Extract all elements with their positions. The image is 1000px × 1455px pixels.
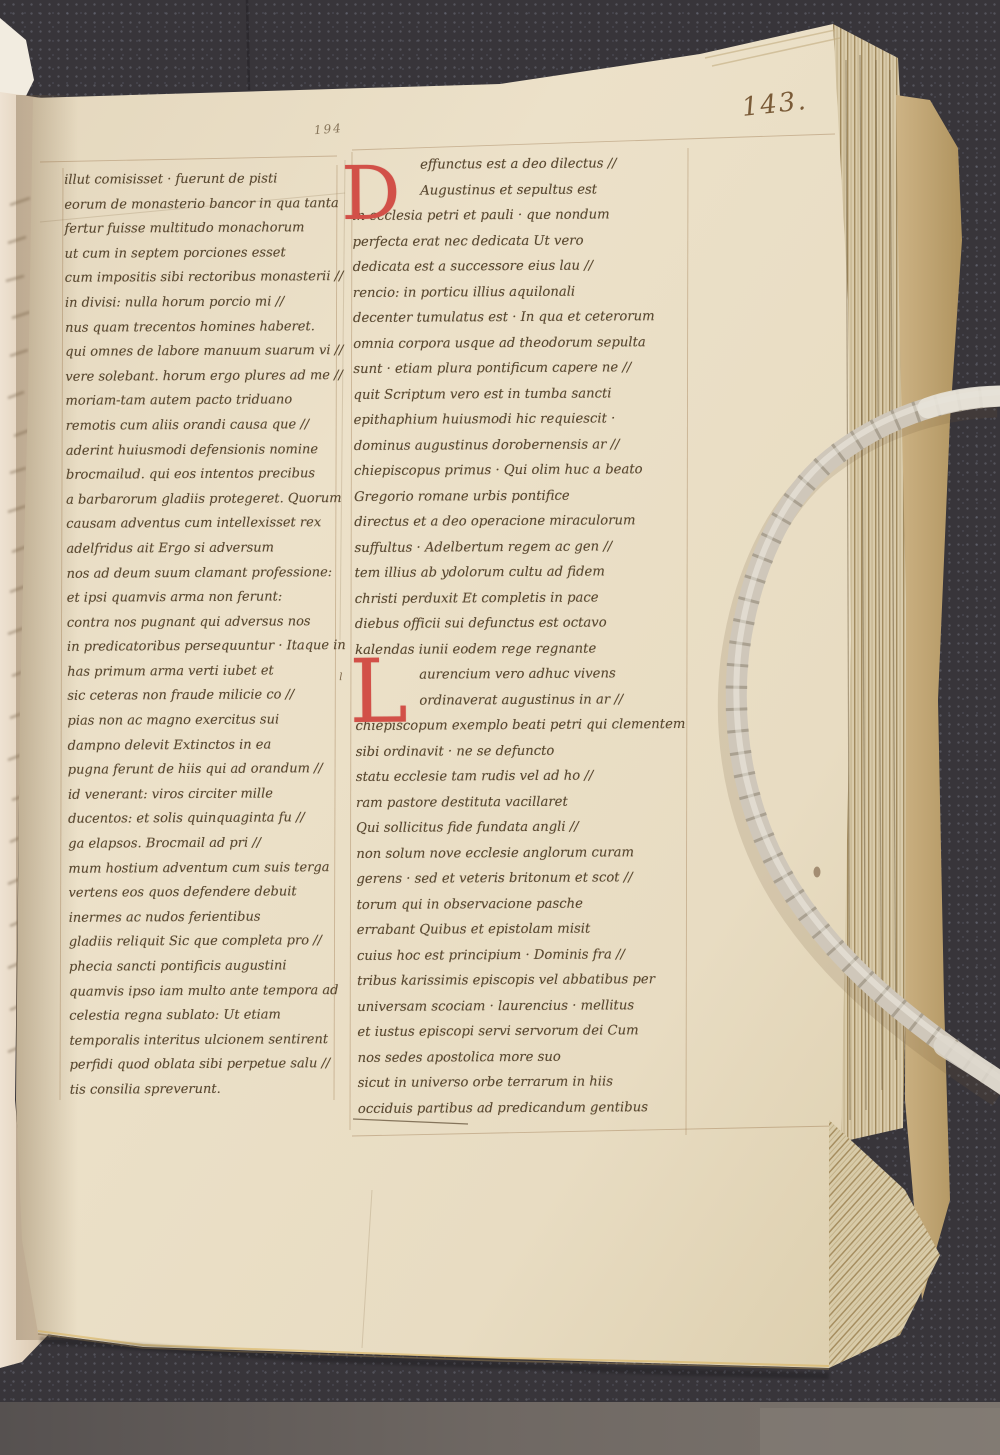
manuscript-text-line: adelfridus ait Ergo si adversum bbox=[66, 537, 342, 563]
manuscript-text-line: phecia sancti pontificis augustini bbox=[69, 955, 345, 981]
manuscript-text-line: Gregorio romane urbis pontifice bbox=[354, 484, 692, 512]
manuscript-text-line: cuius hoc est principium · Dominis fra /… bbox=[357, 943, 695, 971]
manuscript-text-line: temporalis interitus ulcionem sentirent bbox=[69, 1029, 345, 1055]
manuscript-text-line: in divisi: nulla horum porcio mi // bbox=[65, 291, 341, 317]
manuscript-text-line: mum hostium adventum cum suis terga bbox=[68, 857, 344, 883]
manuscript-text-line: errabant Quibus et epistolam misit bbox=[357, 918, 695, 946]
page-number-pencil: 194 bbox=[313, 121, 343, 137]
text-column-right: effunctus est a deo dilectus //Augustinu… bbox=[352, 153, 696, 1124]
manuscript-text-line: torum qui in observacione pasche bbox=[357, 892, 695, 920]
manuscript-text-line: suffultus · Adelbertum regem ac gen // bbox=[354, 535, 692, 563]
manuscript-text-line: qui omnes de labore manuum suarum vi // bbox=[65, 340, 341, 366]
manuscript-text-line: directus et a deo operacione miraculorum bbox=[354, 510, 692, 538]
manuscript-text-line: tribus karissimis episcopis vel abbatibu… bbox=[357, 969, 695, 997]
manuscript-text-line: nos ad deum suum clamant professione: bbox=[67, 562, 343, 588]
manuscript-text-line: celestia regna sublato: Ut etiam bbox=[69, 1004, 345, 1030]
manuscript-text-line: statu ecclesie tam rudis vel ad ho // bbox=[356, 765, 694, 793]
page-text-block: 194 143. illut comisisset · fuerunt de p… bbox=[0, 0, 1000, 1455]
manuscript-text-line: dominus augustinus dorobernensis ar // bbox=[354, 433, 692, 461]
manuscript-text-line: gladiis reliquit Sic que completa pro // bbox=[69, 930, 345, 956]
manuscript-text-line: omnia corpora usque ad theodorum sepulta bbox=[353, 331, 691, 359]
manuscript-text-line: ut cum in septem porciones esset bbox=[65, 242, 341, 268]
manuscript-text-line: cum impositis sibi rectoribus monasterii… bbox=[65, 266, 341, 292]
manuscript-text-line: remotis cum aliis orandi causa que // bbox=[66, 414, 342, 440]
manuscript-text-line: et iustus episcopi servi servorum dei Cu… bbox=[357, 1020, 695, 1048]
rubricator-guide-letter: l bbox=[339, 672, 342, 683]
manuscript-photo-scene: 194 143. illut comisisset · fuerunt de p… bbox=[0, 0, 1000, 1455]
manuscript-text-line: universam scociam · laurencius · mellitu… bbox=[357, 994, 695, 1022]
manuscript-text-line: perfidi quod oblata sibi perpetue salu /… bbox=[70, 1053, 346, 1079]
manuscript-text-line: vere solebant. horum ergo plures ad me /… bbox=[65, 365, 341, 391]
manuscript-text-line: has primum arma verti iubet et bbox=[67, 660, 343, 686]
manuscript-text-line: fertur fuisse multitudo monachorum bbox=[64, 217, 340, 243]
manuscript-text-line: sicut in universo orbe terrarum in hiis bbox=[358, 1071, 696, 1099]
manuscript-text-line: gerens · sed et veteris britonum et scot… bbox=[356, 867, 694, 895]
manuscript-text-line: Augustinus et sepultus est bbox=[352, 178, 690, 206]
manuscript-text-line: in predicatoribus persequuntur · Itaque … bbox=[67, 635, 343, 661]
manuscript-text-line: sunt · etiam plura pontificum capere ne … bbox=[353, 357, 691, 385]
manuscript-text-line: diebus officii sui defunctus est octavo bbox=[355, 612, 693, 640]
manuscript-text-line: illut comisisset · fuerunt de pisti bbox=[64, 168, 340, 194]
manuscript-text-line: tem illius ab ydolorum cultu ad fidem bbox=[355, 561, 693, 589]
text-column-left: illut comisisset · fuerunt de pistieorum… bbox=[64, 168, 346, 1104]
manuscript-text-line: pugna ferunt de hiis qui ad orandum // bbox=[68, 758, 344, 784]
manuscript-text-line: eorum de monasterio bancor in qua tanta bbox=[64, 193, 340, 219]
manuscript-text-line: et ipsi quamvis arma non ferunt: bbox=[67, 586, 343, 612]
manuscript-text-line: aderint huiusmodi defensionis nomine bbox=[66, 439, 342, 465]
manuscript-text-line: Qui sollicitus fide fundata angli // bbox=[356, 816, 694, 844]
manuscript-text-line: nus quam trecentos homines haberet. bbox=[65, 316, 341, 342]
manuscript-text-line: causam adventus cum intellexisset rex bbox=[66, 512, 342, 538]
manuscript-text-line: ga elapsos. Brocmail ad pri // bbox=[68, 832, 344, 858]
manuscript-text-line: dampno delevit Extinctos in ea bbox=[68, 734, 344, 760]
manuscript-text-line: dedicata est a successore eius lau // bbox=[353, 255, 691, 283]
manuscript-text-line: quit Scriptum vero est in tumba sancti bbox=[353, 382, 691, 410]
manuscript-text-line: non solum nove ecclesie anglorum curam bbox=[356, 841, 694, 869]
manuscript-text-line: id venerant: viros circiter mille bbox=[68, 783, 344, 809]
manuscript-text-line: sibi ordinavit · ne se defuncto bbox=[356, 739, 694, 767]
manuscript-text-line: epithaphium huiusmodi hic requiescit · bbox=[354, 408, 692, 436]
manuscript-text-line: effunctus est a deo dilectus // bbox=[352, 153, 690, 181]
manuscript-text-line: contra nos pugnant qui adversus nos bbox=[67, 611, 343, 637]
folio-number: 143. bbox=[740, 86, 809, 123]
manuscript-text-line: nos sedes apostolica more suo bbox=[357, 1045, 695, 1073]
manuscript-text-line: ducentos: et solis quinquaginta fu // bbox=[68, 807, 344, 833]
manuscript-text-line: occiduis partibus ad predicandum gentibu… bbox=[358, 1096, 696, 1124]
manuscript-text-line: tis consilia spreverunt. bbox=[70, 1078, 346, 1104]
manuscript-text-line: a barbarorum gladiis protegeret. Quorum bbox=[66, 488, 342, 514]
manuscript-text-line: pias non ac magno exercitus sui bbox=[67, 709, 343, 735]
red-initial-D: D bbox=[341, 160, 401, 228]
manuscript-text-line: in ecclesia petri et pauli · que nondum bbox=[352, 204, 690, 232]
manuscript-text-line: inermes ac nudos ferientibus bbox=[69, 906, 345, 932]
manuscript-text-line: christi perduxit Et completis in pace bbox=[355, 586, 693, 614]
manuscript-text-line: brocmailud. qui eos intentos precibus bbox=[66, 463, 342, 489]
manuscript-text-line: chiepiscopus primus · Qui olim huc a bea… bbox=[354, 459, 692, 487]
manuscript-text-line: decenter tumulatus est · In qua et ceter… bbox=[353, 306, 691, 334]
manuscript-text-line: perfecta erat nec dedicata Ut vero bbox=[352, 229, 690, 257]
red-initial-L: L bbox=[349, 652, 408, 732]
manuscript-text-line: quamvis ipso iam multo ante tempora ad bbox=[69, 980, 345, 1006]
manuscript-text-line: rencio: in porticu illius aquilonali bbox=[353, 280, 691, 308]
manuscript-text-line: vertens eos quos defendere debuit bbox=[68, 881, 344, 907]
manuscript-text-line: ram pastore destituta vacillaret bbox=[356, 790, 694, 818]
manuscript-text-line: moriam-tam autem pacto triduano bbox=[65, 389, 341, 415]
manuscript-text-line: sic ceteras non fraude milicie co // bbox=[67, 685, 343, 711]
